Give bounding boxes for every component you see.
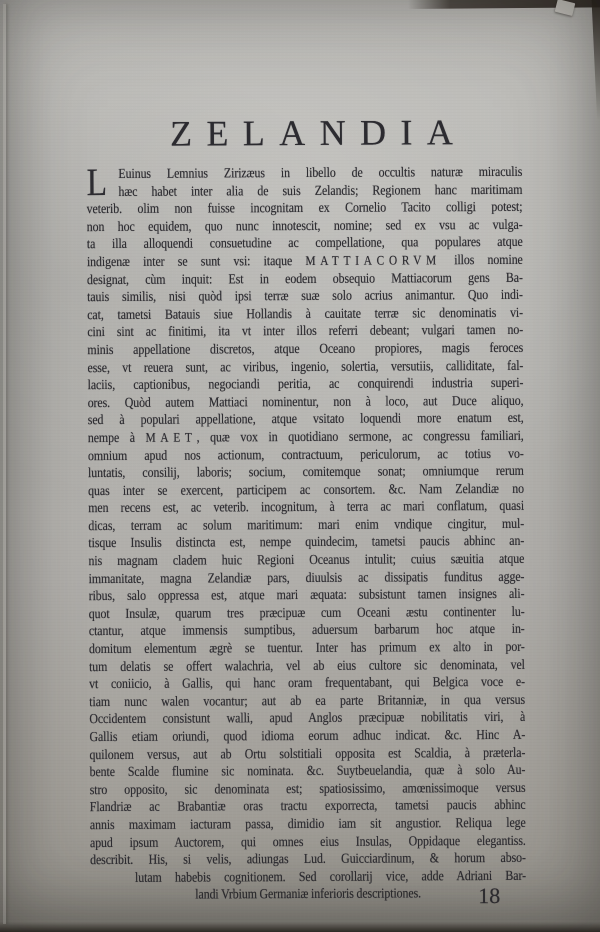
body-line: sed à populari appellatione, atque vsita… — [88, 409, 524, 429]
body-line: immanitate, magna Zelandiæ pars, diuulsi… — [89, 567, 525, 587]
smallcaps-word: MAET — [146, 429, 197, 444]
body-line: quot Insulæ, quarum tres præcipuæ cum Oc… — [89, 603, 525, 623]
body-line: dicas, terram ac solum maritimum: mari e… — [88, 515, 524, 535]
body-lines: Euinus Lemnius Zirizæus in libello de oc… — [86, 163, 526, 904]
body-line: annis maximam iacturam passa, dimidio ia… — [90, 814, 526, 834]
body-line: ta illa alloquendi consuetudine ac compe… — [87, 233, 523, 253]
body-line: Gallis etiam oriundi, quod idioma eorum … — [89, 726, 525, 746]
body-line: vt coniicio, à Gallis, qui hanc oram fre… — [89, 673, 525, 693]
body-line: stro opposito, sic denominata est; spati… — [90, 779, 526, 799]
body-line: tauis similis, nisi quòd ipsi terræ suæ … — [87, 286, 523, 306]
body-line: cat, tametsi Batauis siue Hollandis à ca… — [87, 304, 523, 324]
body-line: Flandriæ ac Brabantiæ oras tractu exporr… — [90, 796, 526, 816]
body-line: designat, cùm inquit: Est in eodem obseq… — [87, 268, 523, 288]
body-line: ctantur, atque immensis sumptibus, aduer… — [89, 620, 525, 640]
body-line: nis magnam cladem huic Regioni Oceanus i… — [88, 550, 524, 570]
body-line: nempe à MAET, quæ vox in quotidiano serm… — [88, 427, 524, 447]
body-line: omnium apud nos actionum, contractuum, p… — [88, 444, 524, 464]
body-line: hæc habet inter alia de suis Zelandis; R… — [87, 180, 523, 200]
body-line: lutam habebis cognitionem. Sed corollari… — [90, 867, 526, 887]
body-line: tum delatis se offert walachria, vel ab … — [89, 655, 525, 675]
body-line: quilonem versus, aut ab Ortu solstitiali… — [89, 743, 525, 763]
body-line: luntatis, consilij, laboris; socium, com… — [88, 462, 524, 482]
body-line: quas inter se exercent, participem ac co… — [88, 480, 524, 500]
body-line: minis appellatione discretos, atque Ocea… — [87, 339, 523, 359]
body-line: veterib. olim non fuisse incognitam ex C… — [87, 198, 523, 218]
body-line: cini sint ac finitimi, ita vt inter illo… — [87, 321, 523, 341]
body-line: tisque Insulis distincta est, nempe quin… — [88, 532, 524, 552]
page-number: 18 — [466, 883, 512, 909]
photo-frame: ZELANDIA L Euinus Lemnius Zirizæus in li… — [0, 0, 600, 932]
body-line: domitum elementum ægrè se tuentur. Inter… — [89, 638, 525, 658]
body-line: tiam nunc walen vocantur; aut ab ea part… — [89, 691, 525, 711]
smallcaps-word: MATTIACORVM — [305, 252, 441, 268]
text-block: L Euinus Lemnius Zirizæus in libello de … — [86, 163, 526, 904]
body-line: bente Scalde flumine sic nominata. &c. S… — [90, 761, 526, 781]
body-line: landi Vrbium Germaniæ inferioris descrip… — [90, 884, 526, 904]
drop-cap: L — [86, 165, 107, 201]
body-line: laciis, captionibus, negociandi peritia,… — [88, 374, 524, 394]
body-line: Occidentem consistunt walli, apud Anglos… — [89, 708, 525, 728]
body-line: Euinus Lemnius Zirizæus in libello de oc… — [86, 163, 522, 183]
page-title: ZELANDIA — [86, 111, 537, 155]
body-line: non hoc equidem, quo nunc innotescit, no… — [87, 216, 523, 236]
body-line: esse, vt reuera sunt, ac viribus, ingeni… — [87, 356, 523, 376]
body-line: ribus, salo oppressa est, atque mari æqu… — [89, 585, 525, 605]
edge-shadow-bottom — [0, 922, 600, 932]
page-paper: ZELANDIA L Euinus Lemnius Zirizæus in li… — [0, 0, 600, 932]
body-line: apud ipsum Auctorem, qui omnes eius Insu… — [90, 831, 526, 851]
body-line: indigenæ inter se sunt vsi: itaque MATTI… — [87, 251, 523, 271]
page-edge-left-highlight — [3, 4, 6, 924]
body-line: ores. Quòd autem Mattiaci nominentur, no… — [88, 392, 524, 412]
body-line: men recens est, ac veterib. incognitum, … — [88, 497, 524, 517]
body-line: describit. His, si velis, adiungas Lud. … — [90, 849, 526, 869]
